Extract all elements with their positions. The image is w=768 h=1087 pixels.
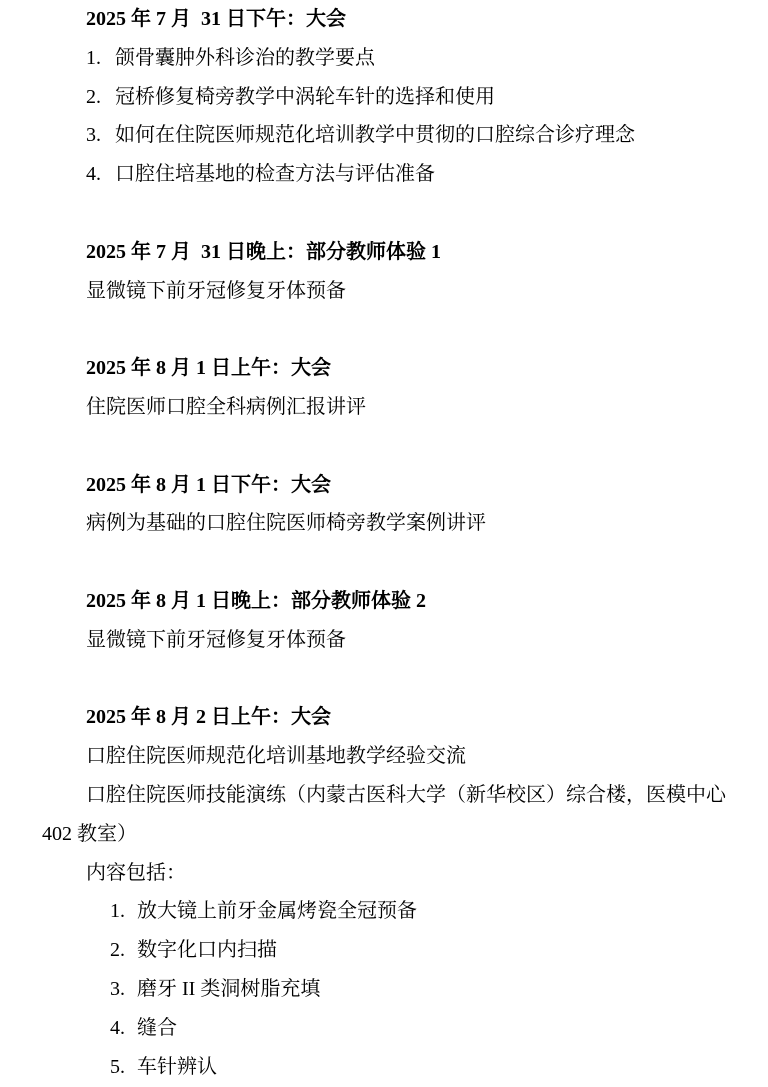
schedule-section-aug2-am: 2025 年 8 月 2 日上午：大会 口腔住院医师规范化培训基地教学经验交流 … — [42, 698, 726, 1086]
list-item: 1.放大镜上前牙金属烤瓷全冠预备 — [42, 892, 726, 931]
list-item-text: 数字化口内扫描 — [137, 939, 277, 961]
list-item-number: 2. — [110, 931, 137, 970]
list-item: 4.口腔住培基地的检查方法与评估准备 — [42, 155, 726, 194]
list-item-number: 4. — [110, 1009, 137, 1048]
paragraph: 住院医师口腔全科病例汇报讲评 — [42, 388, 726, 427]
section-heading: 2025 年 7 月 31 日晚上：部分教师体验 1 — [42, 233, 726, 272]
list-item: 2.冠桥修复椅旁教学中涡轮车针的选择和使用 — [42, 78, 726, 117]
list-item: 5.车针辨认 — [42, 1048, 726, 1087]
list-item-text: 车针辨认 — [137, 1056, 217, 1078]
schedule-section-aug1-evening: 2025 年 8 月 1 日晚上：部分教师体验 2 显微镜下前牙冠修复牙体预备 — [42, 582, 726, 660]
list-item-number: 1. — [110, 892, 137, 931]
schedule-section-aug1-pm: 2025 年 8 月 1 日下午：大会 病例为基础的口腔住院医师椅旁教学案例讲评 — [42, 466, 726, 544]
list-item-text: 如何在住院医师规范化培训教学中贯彻的口腔综合诊疗理念 — [115, 124, 635, 146]
list-item-text: 冠桥修复椅旁教学中涡轮车针的选择和使用 — [115, 86, 495, 108]
list-item-number: 1. — [86, 39, 115, 78]
list-item-number: 4. — [86, 155, 115, 194]
list-item-text: 颌骨囊肿外科诊治的教学要点 — [115, 47, 375, 69]
paragraph: 显微镜下前牙冠修复牙体预备 — [42, 272, 726, 311]
section-heading: 2025 年 8 月 2 日上午：大会 — [42, 698, 726, 737]
schedule-section-aug1-am: 2025 年 8 月 1 日上午：大会 住院医师口腔全科病例汇报讲评 — [42, 349, 726, 427]
paragraph: 口腔住院医师技能演练（内蒙古医科大学（新华校区）综合楼，医模中心 402 教室） — [42, 776, 726, 854]
list-item: 3.磨牙 II 类洞树脂充填 — [42, 970, 726, 1009]
document-page: 2025 年 7 月 31 日下午：大会 1.颌骨囊肿外科诊治的教学要点 2.冠… — [0, 0, 768, 1087]
list-item: 3.如何在住院医师规范化培训教学中贯彻的口腔综合诊疗理念 — [42, 116, 726, 155]
list-item: 2.数字化口内扫描 — [42, 931, 726, 970]
paragraph: 显微镜下前牙冠修复牙体预备 — [42, 621, 726, 660]
paragraph: 口腔住院医师规范化培训基地教学经验交流 — [42, 737, 726, 776]
section-heading: 2025 年 8 月 1 日晚上：部分教师体验 2 — [42, 582, 726, 621]
schedule-section-jul31-evening: 2025 年 7 月 31 日晚上：部分教师体验 1 显微镜下前牙冠修复牙体预备 — [42, 233, 726, 311]
list-item-text: 缝合 — [137, 1017, 177, 1039]
section-heading: 2025 年 7 月 31 日下午：大会 — [42, 0, 726, 39]
list-item: 1.颌骨囊肿外科诊治的教学要点 — [42, 39, 726, 78]
list-item-text: 口腔住培基地的检查方法与评估准备 — [115, 163, 435, 185]
list-item-number: 5. — [110, 1048, 137, 1087]
list-item-text: 放大镜上前牙金属烤瓷全冠预备 — [137, 900, 417, 922]
section-heading: 2025 年 8 月 1 日下午：大会 — [42, 466, 726, 505]
list-item: 4.缝合 — [42, 1009, 726, 1048]
paragraph: 内容包括： — [42, 854, 726, 893]
list-item-text: 磨牙 II 类洞树脂充填 — [137, 978, 320, 1000]
schedule-section-jul31-pm: 2025 年 7 月 31 日下午：大会 1.颌骨囊肿外科诊治的教学要点 2.冠… — [42, 0, 726, 194]
list-item-number: 3. — [110, 970, 137, 1009]
section-heading: 2025 年 8 月 1 日上午：大会 — [42, 349, 726, 388]
paragraph: 病例为基础的口腔住院医师椅旁教学案例讲评 — [42, 504, 726, 543]
list-item-number: 2. — [86, 78, 115, 117]
list-item-number: 3. — [86, 116, 115, 155]
